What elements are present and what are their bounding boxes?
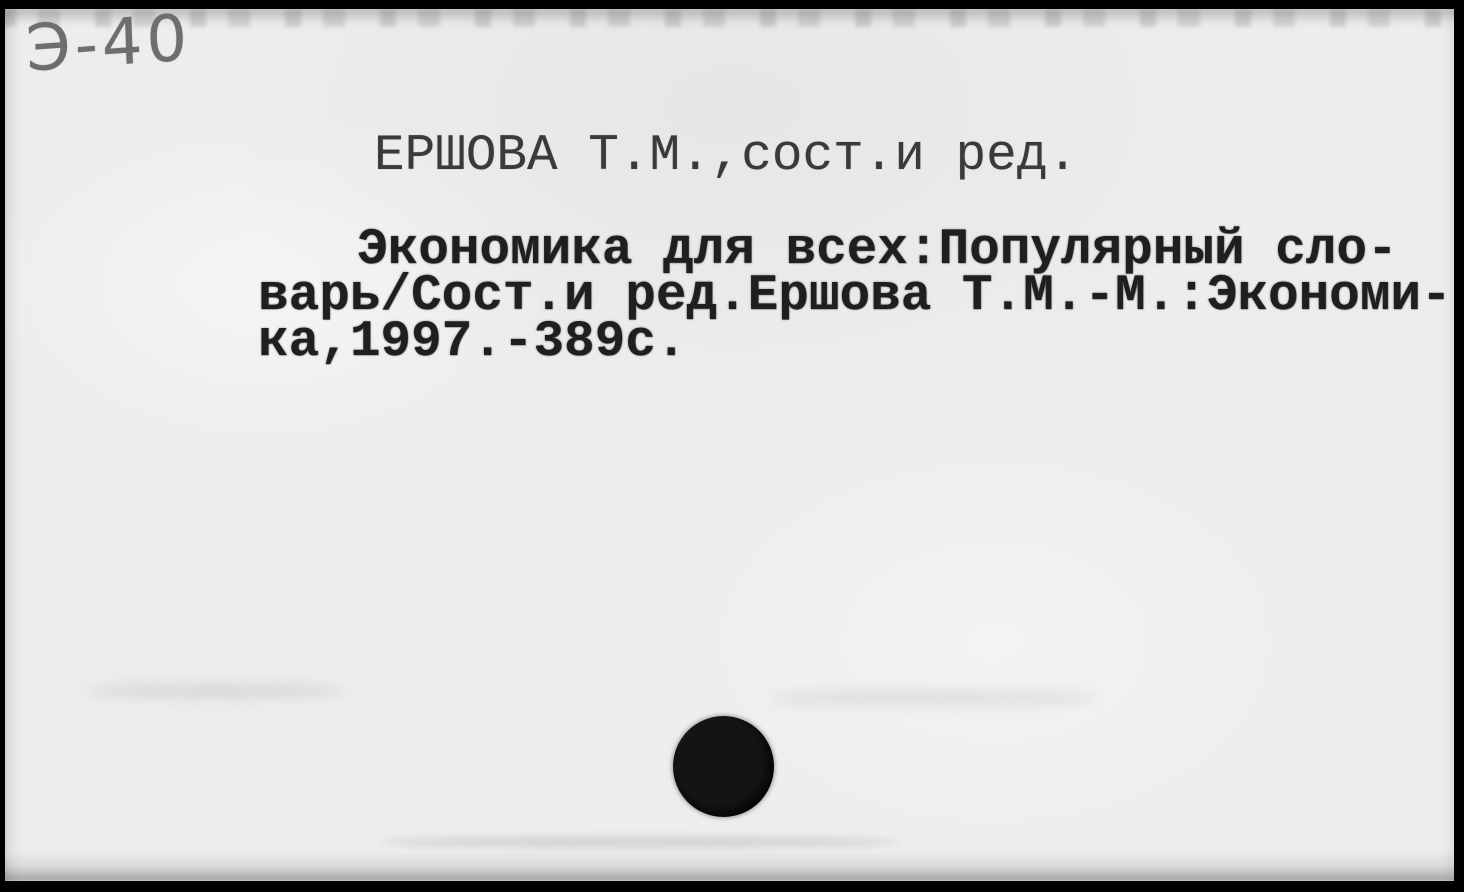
entry-line-3: ка,1997.-389с. bbox=[258, 320, 1452, 366]
author-heading: ЕРШОВА Т.М.,сост.и ред. bbox=[374, 131, 1078, 182]
hole-punch-dot bbox=[673, 716, 774, 817]
scan-smudge bbox=[770, 690, 1100, 706]
screenshot-stage: Э-40 ЕРШОВА Т.М.,сост.и ред. Экономика д… bbox=[0, 0, 1464, 892]
scan-border-right bbox=[1454, 0, 1464, 892]
scan-fringe-top bbox=[0, 9, 1464, 27]
scan-border-top bbox=[0, 0, 1464, 9]
bibliographic-entry: Экономика для всех:Популярный сло- варь/… bbox=[258, 228, 1452, 366]
scan-border-bottom bbox=[0, 881, 1464, 892]
scan-shadow-bottom bbox=[0, 851, 1464, 881]
catalog-card-scan: Э-40 ЕРШОВА Т.М.,сост.и ред. Экономика д… bbox=[0, 0, 1464, 892]
scan-smudge bbox=[85, 684, 345, 698]
call-number-handwritten: Э-40 bbox=[25, 6, 192, 82]
scan-smudge bbox=[380, 836, 900, 848]
scan-border-left bbox=[0, 0, 5, 892]
